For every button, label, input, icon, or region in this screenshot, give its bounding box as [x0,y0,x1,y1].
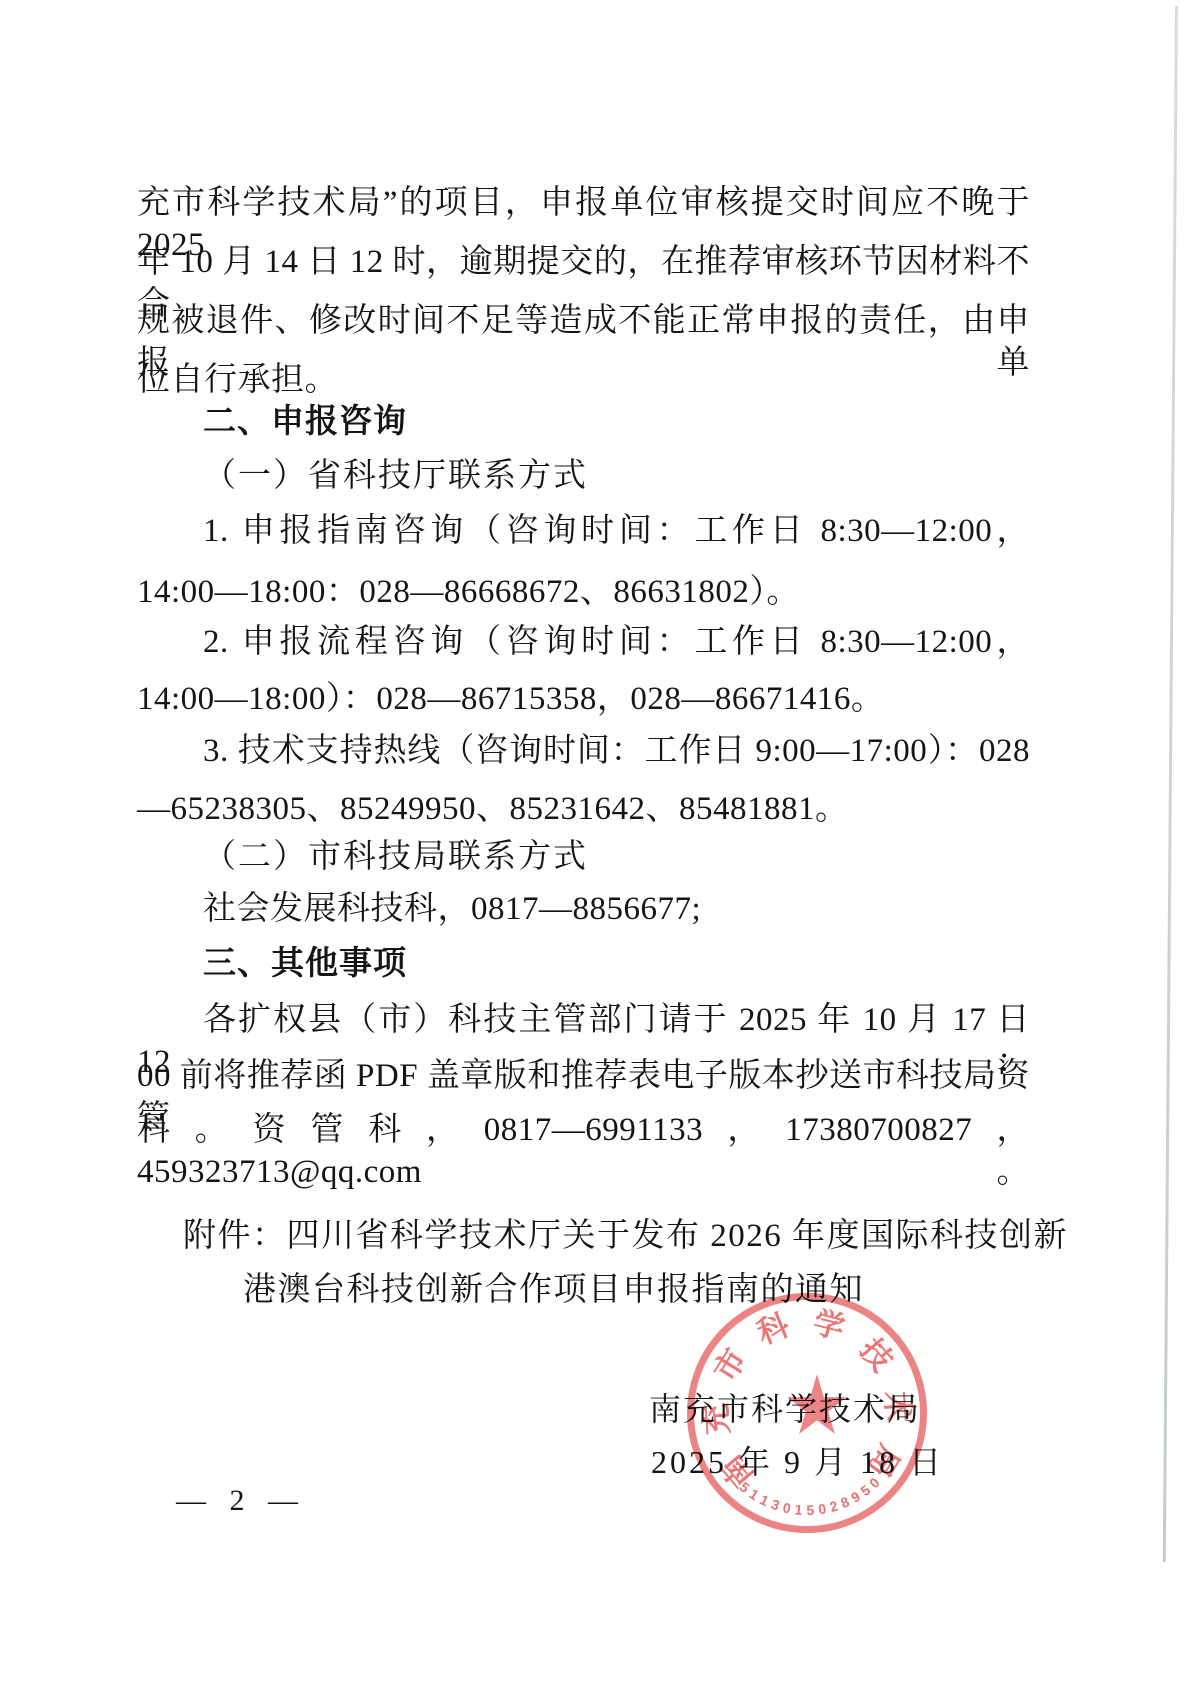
body-line: 科。资管科，0817—6991133，17380700827，459323713… [137,1109,1030,1193]
attachment-line-1: 附件：四川省科学技术厅关于发布 2026 年度国际科技创新 [183,1215,1068,1257]
seal-star-icon [786,1374,848,1440]
body-line: 14:00—18:00：028—86668672、86631802）。 [137,571,1030,613]
body-line: 3. 技术支持热线（咨询时间：工作日 9:00—17:00）：028 [137,730,1030,772]
body-line: 1. 申报指南咨询（咨询时间：工作日 8:30—12:00， [137,510,1030,552]
seal-arc-char: 市 [707,1342,754,1389]
body-line: 14:00—18:00）：028—86715358，028—86671416。 [137,678,1030,720]
document-page: 充市科学技术局”的项目，申报单位审核提交时间应不晚于 2025 年 10 月 1… [0,0,1190,1682]
seal-arc-char: 充 [699,1401,735,1437]
body-line: 社会发展科技科，0817—8856677; [137,888,1030,930]
subsection-heading-1: （一）省科技厅联系方式 [137,455,1030,497]
body-line: 2. 申报流程咨询（咨询时间：工作日 8:30—12:00， [137,621,1030,663]
seal-arc-char: 科 [751,1307,795,1351]
scan-artifact-line [1163,6,1178,1562]
seal-arc-char: 学 [808,1305,849,1346]
section-heading-3: 三、其他事项 [137,942,1030,984]
seal-arc-char: 技 [852,1331,900,1379]
section-heading-2: 二、申报咨询 [137,400,1030,442]
body-line: 位自行承担。 [137,359,1030,401]
seal-arc-char: 术 [879,1389,915,1425]
subsection-heading-2: （二）市科技局联系方式 [137,836,1030,878]
official-seal: 南 充 市 科 学 技 术 局 5 1 1 3 0 1 5 0 2 8 9 5 … [687,1293,927,1533]
page-number: — 2 — [176,1484,306,1518]
body-line: —65238305、85249950、85231642、85481881。 [137,788,1030,830]
